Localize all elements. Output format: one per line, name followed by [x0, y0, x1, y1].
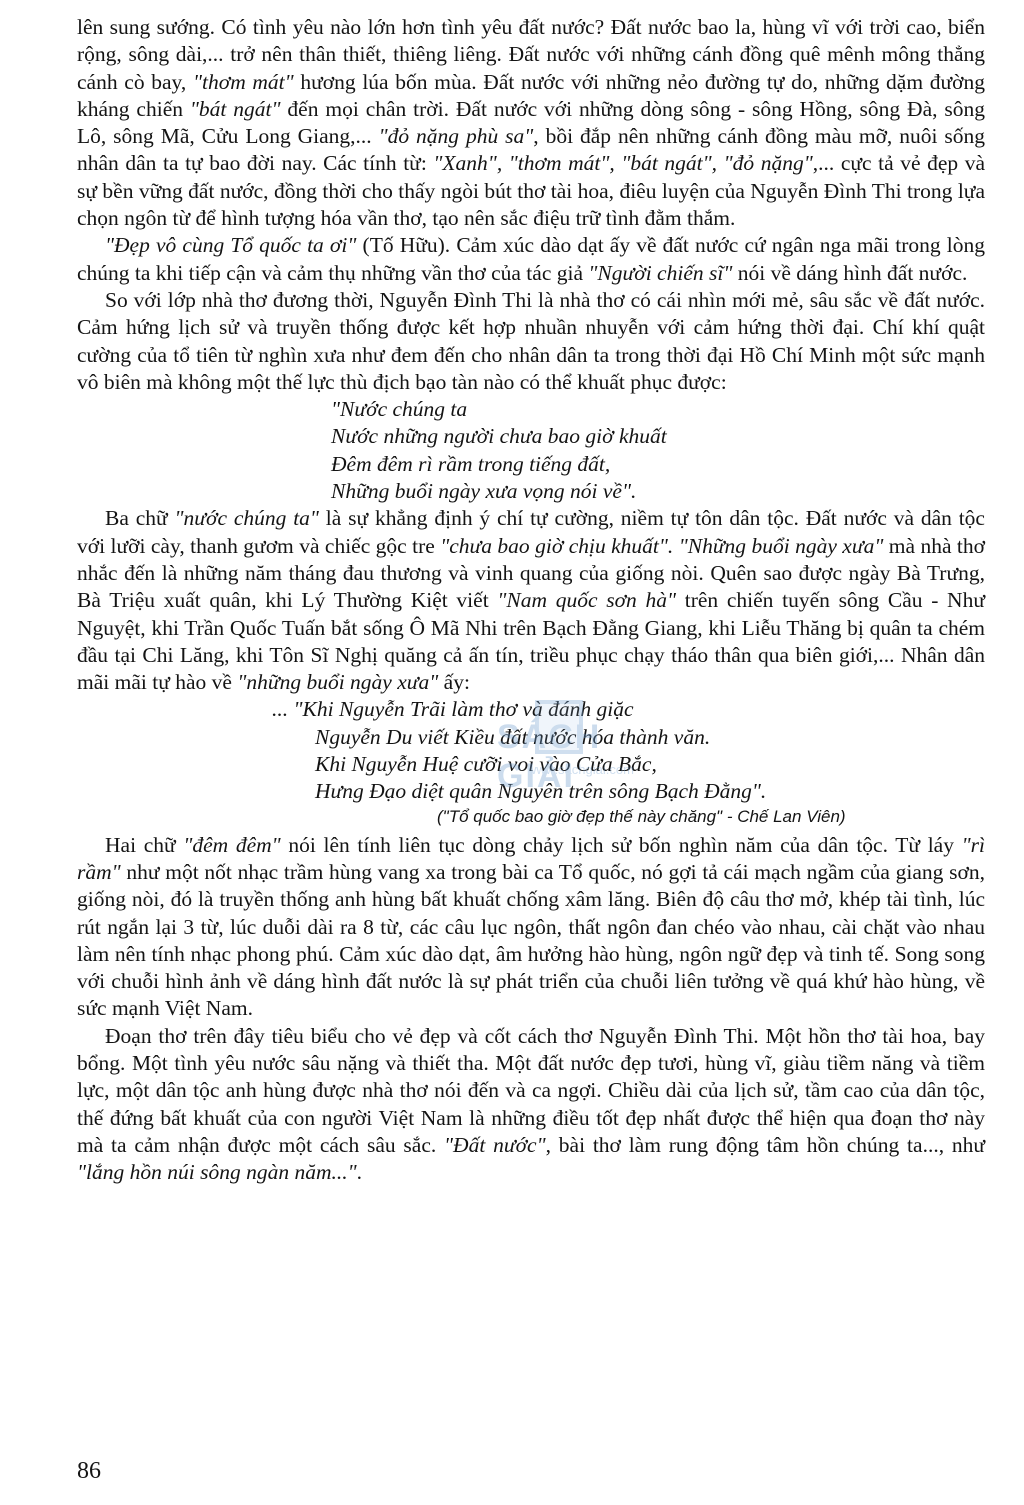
- poem-attribution: ("Tổ quốc bao giờ đẹp thế này chăng" - C…: [77, 806, 985, 828]
- paragraph-5: Hai chữ "đêm đêm" nói lên tính liên tục …: [77, 832, 985, 1023]
- page-number: 86: [77, 1458, 101, 1485]
- poem-quote-1: "Nước chúng ta Nước những người chưa bao…: [77, 396, 985, 505]
- poem-line: Nước những người chưa bao giờ khuất: [331, 423, 985, 450]
- poem-line: Hưng Đạo diệt quân Nguyên trên sông Bạch…: [77, 778, 985, 805]
- paragraph-1: lên sung sướng. Có tình yêu nào lớn hơn …: [77, 14, 985, 232]
- poem-line: ... "Khi Nguyễn Trãi làm thơ và đánh giặ…: [77, 696, 985, 723]
- poem-line: "Nước chúng ta: [331, 396, 985, 423]
- poem-line: Những buổi ngày xưa vọng nói về".: [331, 478, 985, 505]
- paragraph-3: So với lớp nhà thơ đương thời, Nguyễn Đì…: [77, 287, 985, 396]
- page-body: lên sung sướng. Có tình yêu nào lớn hơn …: [77, 14, 985, 1186]
- poem-line: Đêm đêm rì rầm trong tiếng đất,: [331, 451, 985, 478]
- paragraph-2: "Đẹp vô cùng Tổ quốc ta ơi" (Tố Hữu). Cả…: [77, 232, 985, 287]
- poem-quote-2: ... "Khi Nguyễn Trãi làm thơ và đánh giặ…: [77, 696, 985, 805]
- paragraph-6: Đoạn thơ trên đây tiêu biểu cho vẻ đẹp v…: [77, 1023, 985, 1187]
- poem-line: Nguyễn Du viết Kiều đất nước hóa thành v…: [77, 724, 985, 751]
- paragraph-4: Ba chữ "nước chúng ta" là sự khẳng định …: [77, 505, 985, 696]
- poem-line: Khi Nguyễn Huệ cưỡi voi vào Cửa Bắc,: [77, 751, 985, 778]
